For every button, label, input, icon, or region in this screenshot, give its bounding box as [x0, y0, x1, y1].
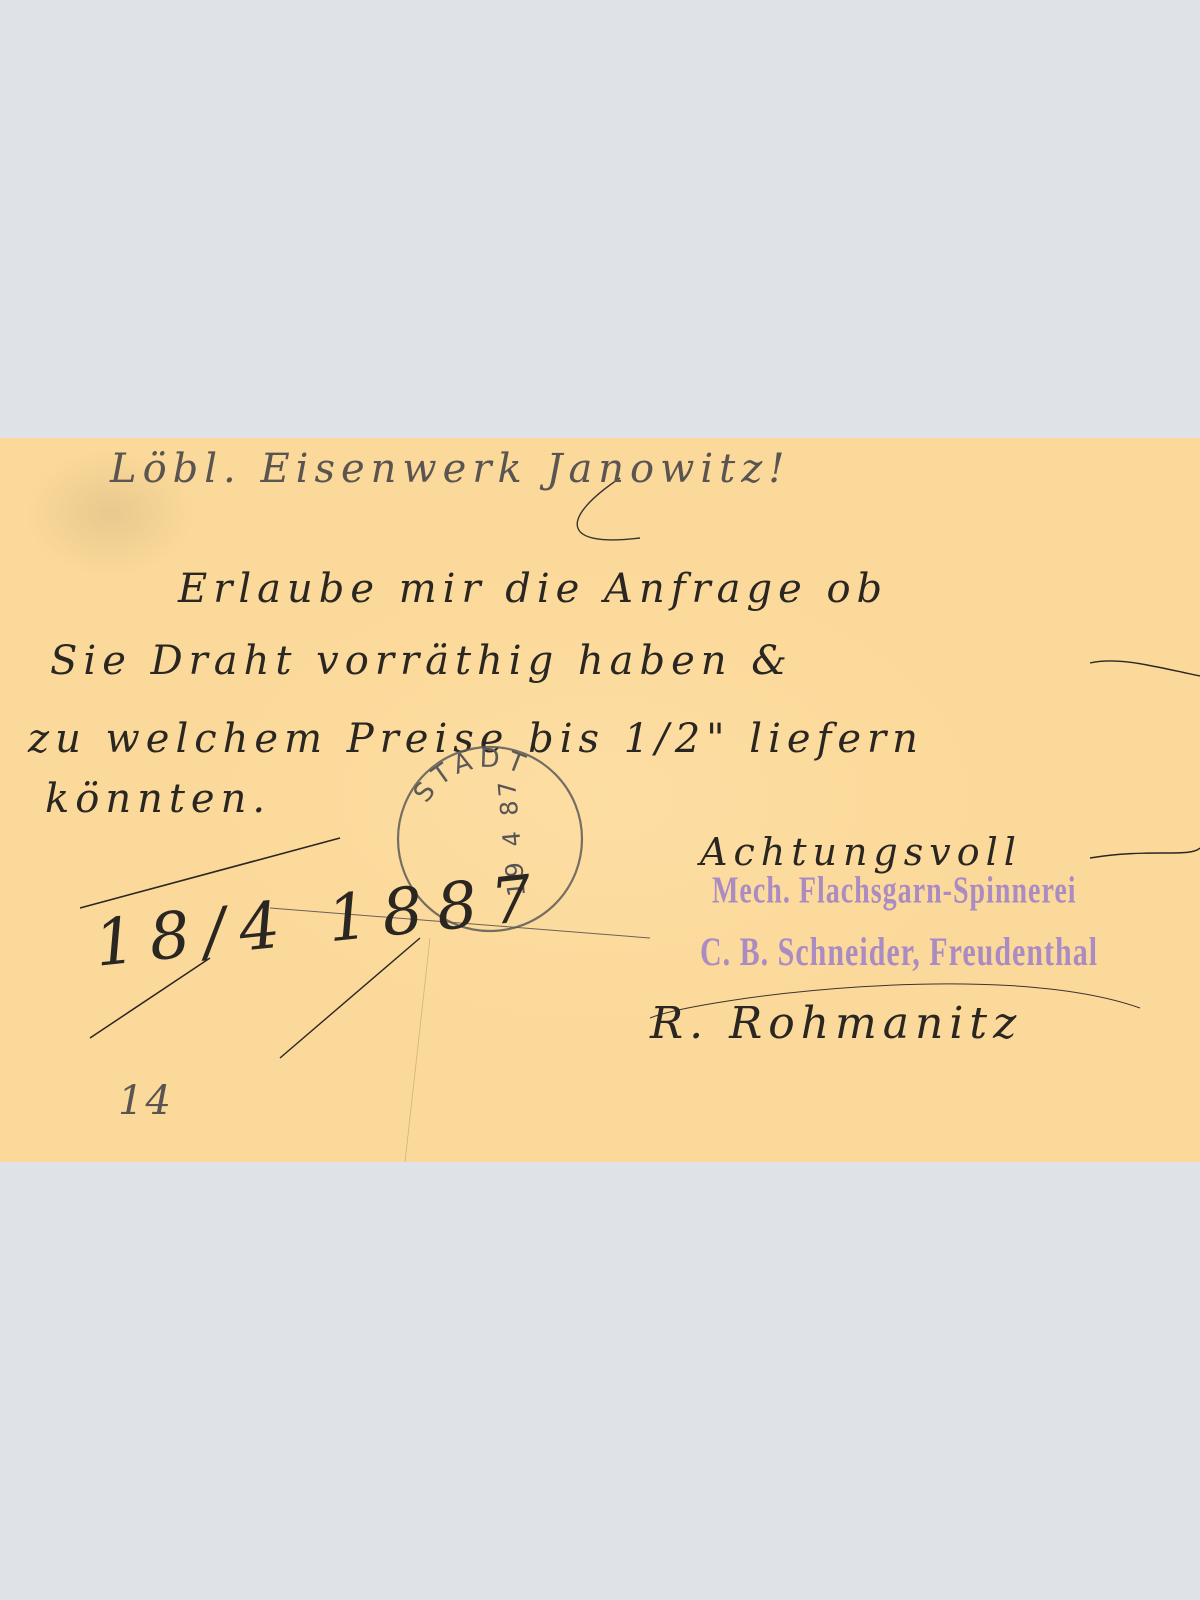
- body-line-2: Sie Draht vorräthig haben &: [50, 638, 793, 684]
- salutation: Löbl. Eisenwerk Janowitz!: [110, 446, 790, 492]
- postcard: Löbl. Eisenwerk Janowitz! Erlaube mir di…: [0, 438, 1200, 1162]
- body-line-1: Erlaube mir die Anfrage ob: [178, 566, 888, 612]
- closing: Achtungsvoll: [700, 830, 1022, 874]
- company-stamp-line-2: C. B. Schneider, Freudenthal: [700, 930, 1098, 976]
- signature: R. Rohmanitz: [650, 998, 1022, 1049]
- postmark-year: 87: [493, 776, 524, 817]
- postmark-month: 4: [497, 826, 527, 848]
- body-line-4: könnten.: [45, 776, 271, 822]
- archive-number: 14: [118, 1078, 173, 1124]
- company-stamp-line-1: Mech. Flachsgarn-Spinnerei: [712, 870, 1077, 913]
